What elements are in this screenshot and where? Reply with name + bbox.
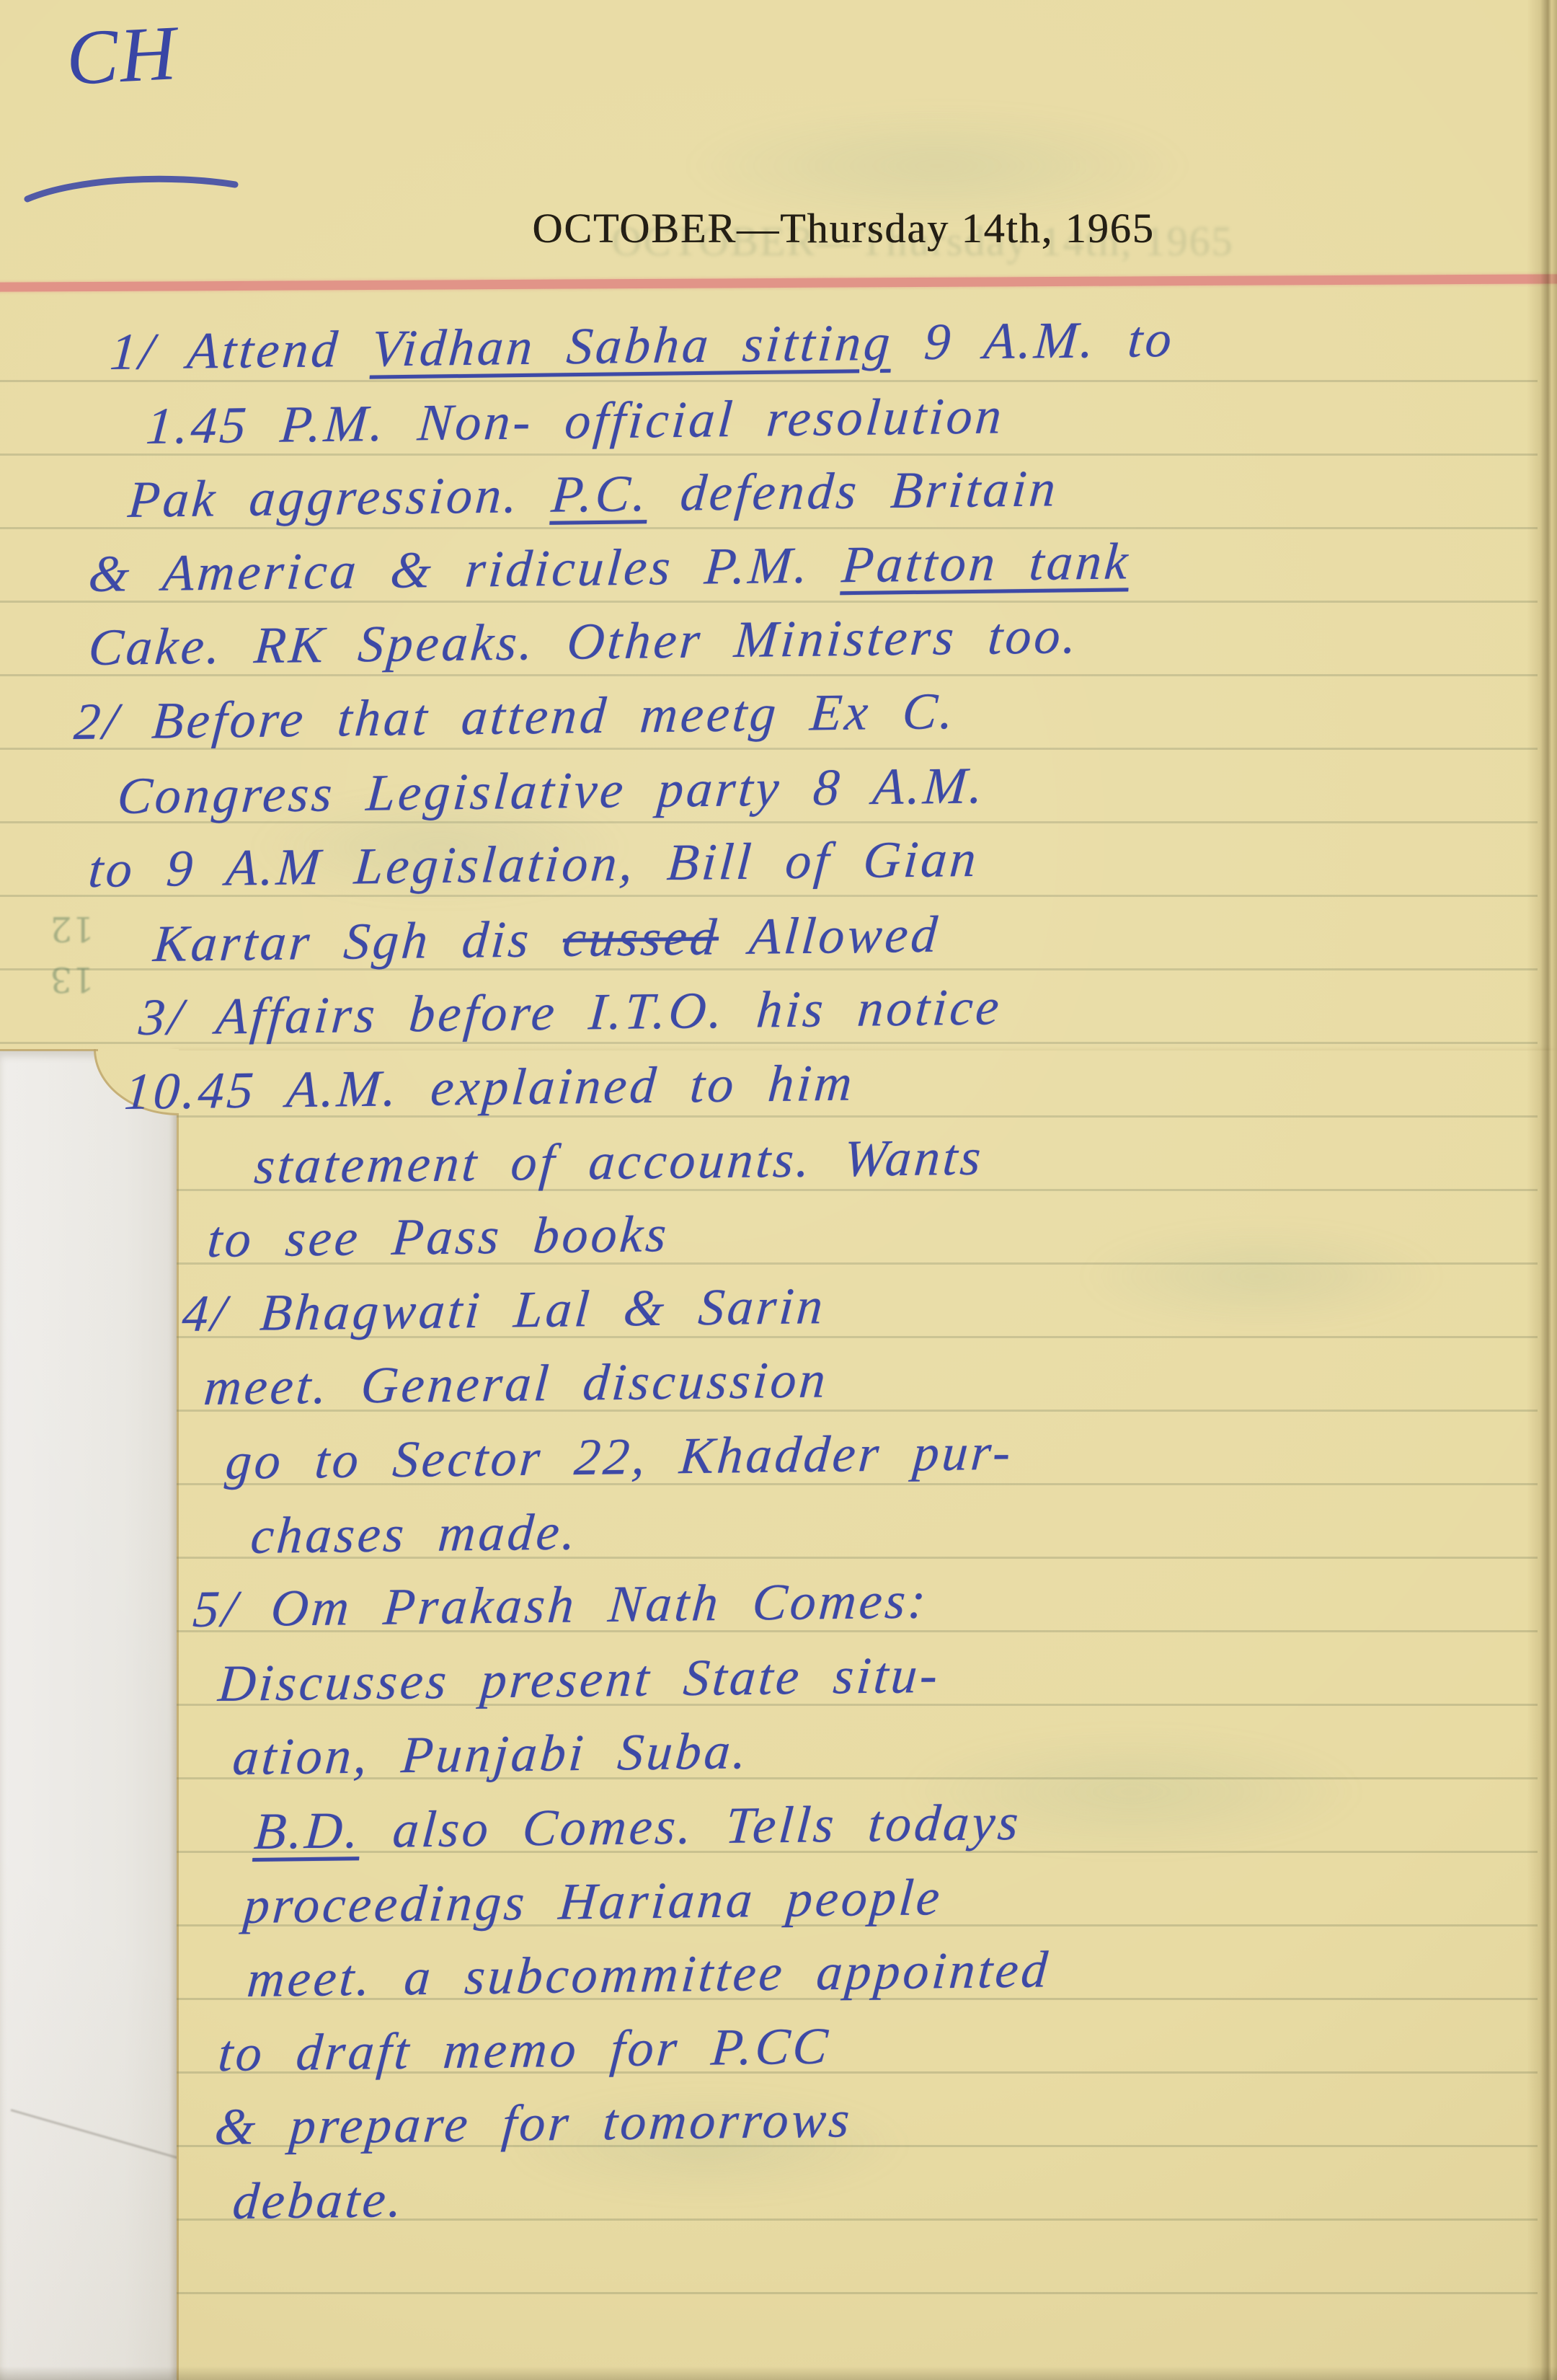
handwritten-text: debate. <box>231 2170 407 2230</box>
handwritten-line: to 9 A.M Legislation, Bill of Gian <box>86 829 981 900</box>
handwritten-text: statement of accounts. Wants <box>252 1128 985 1195</box>
handwritten-line: chases made. <box>249 1502 580 1566</box>
handwritten-line: 3/ Affairs before I.T.O. his notice <box>137 977 1004 1048</box>
handwritten-line: 2/ Before that attend meetg Ex C. <box>72 681 958 752</box>
handwritten-line: meet. General discussion <box>202 1350 830 1417</box>
handwritten-line: ation, Punjabi Suba. <box>231 1721 751 1787</box>
handwritten-line: Kartar Sgh dis cussed Allowed <box>151 905 942 974</box>
handwritten-text: proceedings Hariana people <box>241 1868 944 1934</box>
handwritten-text: to 9 A.M Legislation, Bill of Gian <box>86 830 981 898</box>
handwritten-text: to see Pass books <box>205 1205 671 1268</box>
handwritten-line: & prepare for tomorrows <box>213 2089 854 2157</box>
handwriting-layer: 1/ Attend Vidhan Sabha sitting 9 A.M. to… <box>0 0 1557 2380</box>
handwritten-line: & America & ridicules P.M. Patton tank <box>86 531 1132 604</box>
handwritten-line: proceedings Hariana people <box>241 1867 944 1936</box>
struck-text: cussed <box>561 908 721 968</box>
handwritten-line: Pak aggression. P.C. defends Britain <box>126 459 1060 530</box>
handwritten-line: 1.45 P.M. Non- official resolution <box>144 386 1006 456</box>
handwritten-text: Congress Legislative party 8 A.M. <box>115 756 988 825</box>
handwritten-text: 9 A.M. to <box>890 310 1176 371</box>
handwritten-line: to draft memo for P.CC <box>216 2017 833 2084</box>
handwritten-line: meet. a subcommittee appointed <box>245 1939 1052 2009</box>
handwritten-text: Allowed <box>717 906 942 966</box>
handwritten-text: meet. General discussion <box>202 1350 830 1416</box>
handwritten-text: 1/ Attend <box>108 319 374 381</box>
handwritten-line: 10.45 A.M. explained to him <box>123 1053 857 1122</box>
handwritten-text: Pak aggression. <box>126 466 554 528</box>
handwritten-text: & prepare for tomorrows <box>213 2090 854 2156</box>
handwritten-line: go to Sector 22, Khadder pur- <box>223 1423 1016 1492</box>
handwritten-text: ation, Punjabi Suba. <box>231 1722 751 1786</box>
handwritten-text: go to Sector 22, Khadder pur- <box>223 1423 1015 1490</box>
scanned-diary-page: 12 13 OCTOBER—Thursday 14th, 1965 OCTOBE… <box>0 0 1557 2380</box>
underlined-text: P.C. <box>549 464 651 523</box>
handwritten-line: Discusses present State situ- <box>216 1645 942 1714</box>
handwritten-text: to draft memo for P.CC <box>216 2017 833 2082</box>
handwritten-text: also Comes. Tells todays <box>359 1793 1023 1859</box>
handwritten-text: 1.45 P.M. Non- official resolution <box>144 386 1006 455</box>
handwritten-line: Congress Legislative party 8 A.M. <box>115 756 988 826</box>
handwritten-line: statement of accounts. Wants <box>252 1128 985 1196</box>
handwritten-line: 4/ Bhagwati Lal & Sarin <box>180 1276 828 1344</box>
page-right-edge-shadow <box>1527 0 1557 2380</box>
handwritten-line: Cake. RK Speaks. Other Ministers too. <box>86 606 1081 678</box>
handwritten-text: Discusses present State situ- <box>216 1646 942 1712</box>
handwritten-text: chases made. <box>249 1503 580 1565</box>
handwritten-line: B.D. also Comes. Tells todays <box>252 1792 1024 1862</box>
handwritten-text: defends Britain <box>647 459 1060 522</box>
handwritten-line: 1/ Attend Vidhan Sabha sitting 9 A.M. to <box>108 309 1176 382</box>
handwritten-line: debate. <box>231 2169 407 2231</box>
handwritten-text: 5/ Om Prakash Nath Comes: <box>191 1571 931 1638</box>
handwritten-line: 5/ Om Prakash Nath Comes: <box>191 1570 931 1640</box>
handwritten-text: 2/ Before that attend meetg Ex C. <box>72 682 958 751</box>
handwritten-text: 10.45 A.M. explained to him <box>123 1054 856 1120</box>
page-bottom-edge-shadow <box>0 2366 1557 2380</box>
handwritten-line: to see Pass books <box>205 1204 671 1270</box>
underlined-text: Patton tank <box>840 532 1132 593</box>
handwritten-text: meet. a subcommittee appointed <box>245 1940 1052 2008</box>
handwritten-text: & America & ridicules P.M. <box>86 536 844 603</box>
underlined-text: B.D. <box>252 1801 363 1860</box>
handwritten-text: Cake. RK Speaks. Other Ministers too. <box>86 606 1081 676</box>
underlined-text: Vidhan Sabha sitting <box>370 314 895 378</box>
handwritten-text: 3/ Affairs before I.T.O. his notice <box>137 978 1004 1046</box>
handwritten-text: 4/ Bhagwati Lal & Sarin <box>180 1277 828 1342</box>
handwritten-text: Kartar Sgh dis <box>151 910 565 973</box>
